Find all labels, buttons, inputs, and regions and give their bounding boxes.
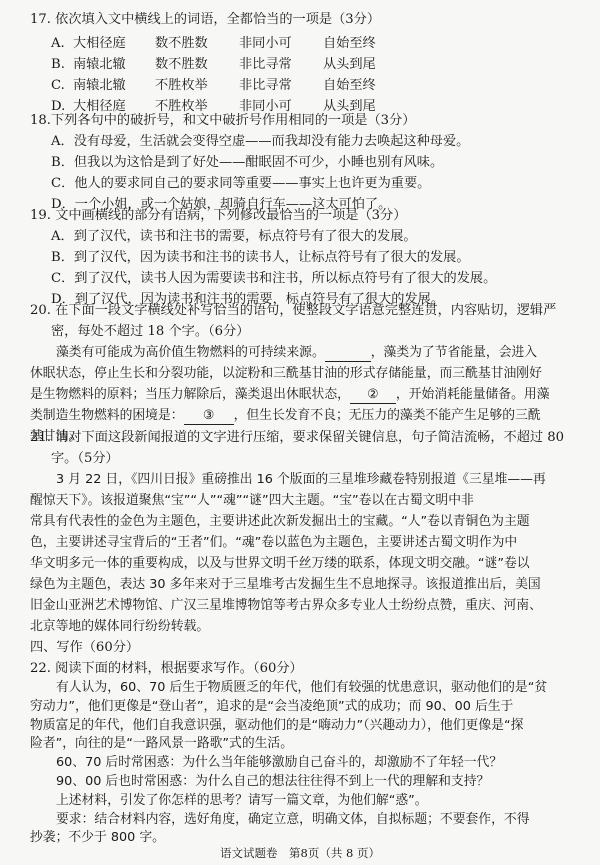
- q21-passage-line: 醒惊天下》。该报道聚焦“宝”“人”“魂”“谜”四大主题。“宝”卷以在古蜀文明中非: [30, 489, 474, 512]
- blank-marker: ③: [203, 408, 214, 423]
- q21-passage-line: 常具有代表性的金色为主题色，主要讲述此次新发掘出土的宝藏。“人”卷以青铜色为主题: [30, 510, 530, 533]
- q20-title-line1: 20. 在下面一段文字横线处补写恰当的语句，使整段文字语意完整连贯，内容贴切，逻…: [30, 299, 556, 322]
- option-word: 南辕北辙: [73, 74, 155, 97]
- option-word: 非比寻常: [239, 74, 323, 97]
- option-word: 从头到尾: [323, 53, 376, 76]
- q19-option-c: C．到了汉代，读书人因为需要读书和注书，所以标点符号有了很大的发展。: [51, 267, 496, 290]
- option-word: 自始至终: [323, 74, 376, 97]
- q19-option-a: A．到了汉代，读书和注书的需要，标点符号有了很大的发展。: [51, 225, 417, 248]
- q17-option-c: C. 南辕北辙 不胜枚举 非比寻常 自始至终: [51, 74, 376, 97]
- q21-passage-line: 绿色为主题色，表达 30 多年来对于三星堆考古发掘生生不息地探寻。该报道推出后，…: [30, 573, 541, 596]
- q21-title-line1: 21. 请对下面这段新闻报道的文字进行压缩，要求保留关键信息，句子简洁流畅，不超…: [30, 426, 564, 449]
- option-key: C.: [51, 74, 73, 97]
- blank-marker: ②: [367, 387, 378, 402]
- option-key: B.: [51, 53, 73, 76]
- passage-text: 藻类有可能成为高价值生物燃料的可持续来源。: [56, 345, 325, 360]
- option-word: 数不胜数: [155, 53, 239, 76]
- q18-option-a: A．没有母爱，生活就会变得空虚——而我却没有能力去唤起这种母爱。: [51, 130, 469, 153]
- option-word: 非比寻常: [239, 53, 323, 76]
- exam-page: 17. 依次填入文中横线上的词语，全都恰当的一项是（3分） A. 大相径庭 数不…: [0, 0, 600, 865]
- passage-text: 类制造生物燃料的困境是：: [30, 408, 184, 423]
- q21-title-line2: 字。（5分）: [51, 447, 119, 470]
- q18-option-b: B．但我以为这恰是到了好处——酣眠固不可少，小睡也别有风味。: [51, 151, 443, 174]
- passage-text: ，藻类为了节省能量，会进入: [371, 345, 537, 360]
- q21-passage-line: 色，主要讲述寻宝背后的“王者”们。“魂”卷以蓝色为主题色，主要讲述古蜀文明作为中: [30, 531, 517, 554]
- q19-title: 19. 文中画横线的部分有语病，下列修改最恰当的一项是（3分）: [30, 204, 406, 227]
- fill-blank-2[interactable]: ②: [350, 387, 396, 404]
- q19-option-b: B．到了汉代，因为读书和注书的读书人，让标点符号有了很大的发展。: [51, 246, 470, 269]
- q21-passage-line: 旧金山亚洲艺术博物馆、广汉三星堆博物馆等考古界众多专业人士纷纷点赞，重庆、河南、: [30, 594, 542, 617]
- option-word: 非同小可: [239, 32, 323, 55]
- option-key: A.: [51, 32, 73, 55]
- q18-option-c: C．他人的要求同自己的要求同等重要——事实上也许更为重要。: [51, 172, 430, 195]
- section-heading: 四、写作（60分）: [30, 636, 139, 659]
- q20-passage-line: 休眠状态，停止生长和分裂功能，以淀粉和三酰基甘油的形式存储能量，而三酰基甘油刚好: [30, 362, 542, 385]
- option-word: 数不胜数: [155, 32, 239, 55]
- q22-requirement-line: 抄袭；不少于 800 字。: [30, 826, 165, 849]
- option-word: 南辕北辙: [73, 53, 155, 76]
- q20-passage-line: 类制造生物燃料的困境是：③，但生长发育不良；无压力的藻类不能产生足够的三酰: [30, 404, 541, 427]
- q20-passage-line: 藻类有可能成为高价值生物燃料的可持续来源。①，藻类为了节省能量，会进入: [56, 341, 537, 364]
- q20-passage-line: 是生物燃料的原料；当压力解除后，藻类退出休眠状态，②，开始消耗能量储备。用藻: [30, 383, 549, 406]
- option-word: 自始至终: [323, 32, 376, 55]
- q17-title: 17. 依次填入文中横线上的词语，全都恰当的一项是（3分）: [30, 8, 380, 31]
- q17-option-b: B. 南辕北辙 数不胜数 非比寻常 从头到尾: [51, 53, 376, 76]
- fill-blank-3[interactable]: ③: [184, 408, 234, 425]
- q17-option-a: A. 大相径庭 数不胜数 非同小可 自始至终: [51, 32, 376, 55]
- option-word: 大相径庭: [73, 32, 155, 55]
- q20-title-line2: 密，每处不超过 18 个字。（6分）: [51, 320, 249, 343]
- q21-passage-line: 北京等地的媒体同行纷纷转载。: [30, 615, 209, 638]
- option-word: 不胜枚举: [155, 74, 239, 97]
- passage-text: ，开始消耗能量储备。用藻: [396, 387, 550, 402]
- passage-text: ，但生长发育不良；无压力的藻类不能产生足够的三酰: [234, 408, 541, 423]
- q18-title: 18.下列各句中的破折号，和文中破折号作用相同的一项是（3分）: [30, 109, 415, 132]
- q21-passage-line: 华文明多元一体的重要构成，以及与世界文明千丝万缕的联系，体现文明交融。“谜”卷以: [30, 552, 530, 575]
- q21-passage-line: 3 月 22 日，《四川日报》重磅推出 16 个版面的三星堆珍藏卷特别报道《三星…: [56, 468, 546, 491]
- passage-text: 是生物燃料的原料；当压力解除后，藻类退出休眠状态，: [30, 387, 350, 402]
- fill-blank-1[interactable]: ①: [325, 345, 371, 362]
